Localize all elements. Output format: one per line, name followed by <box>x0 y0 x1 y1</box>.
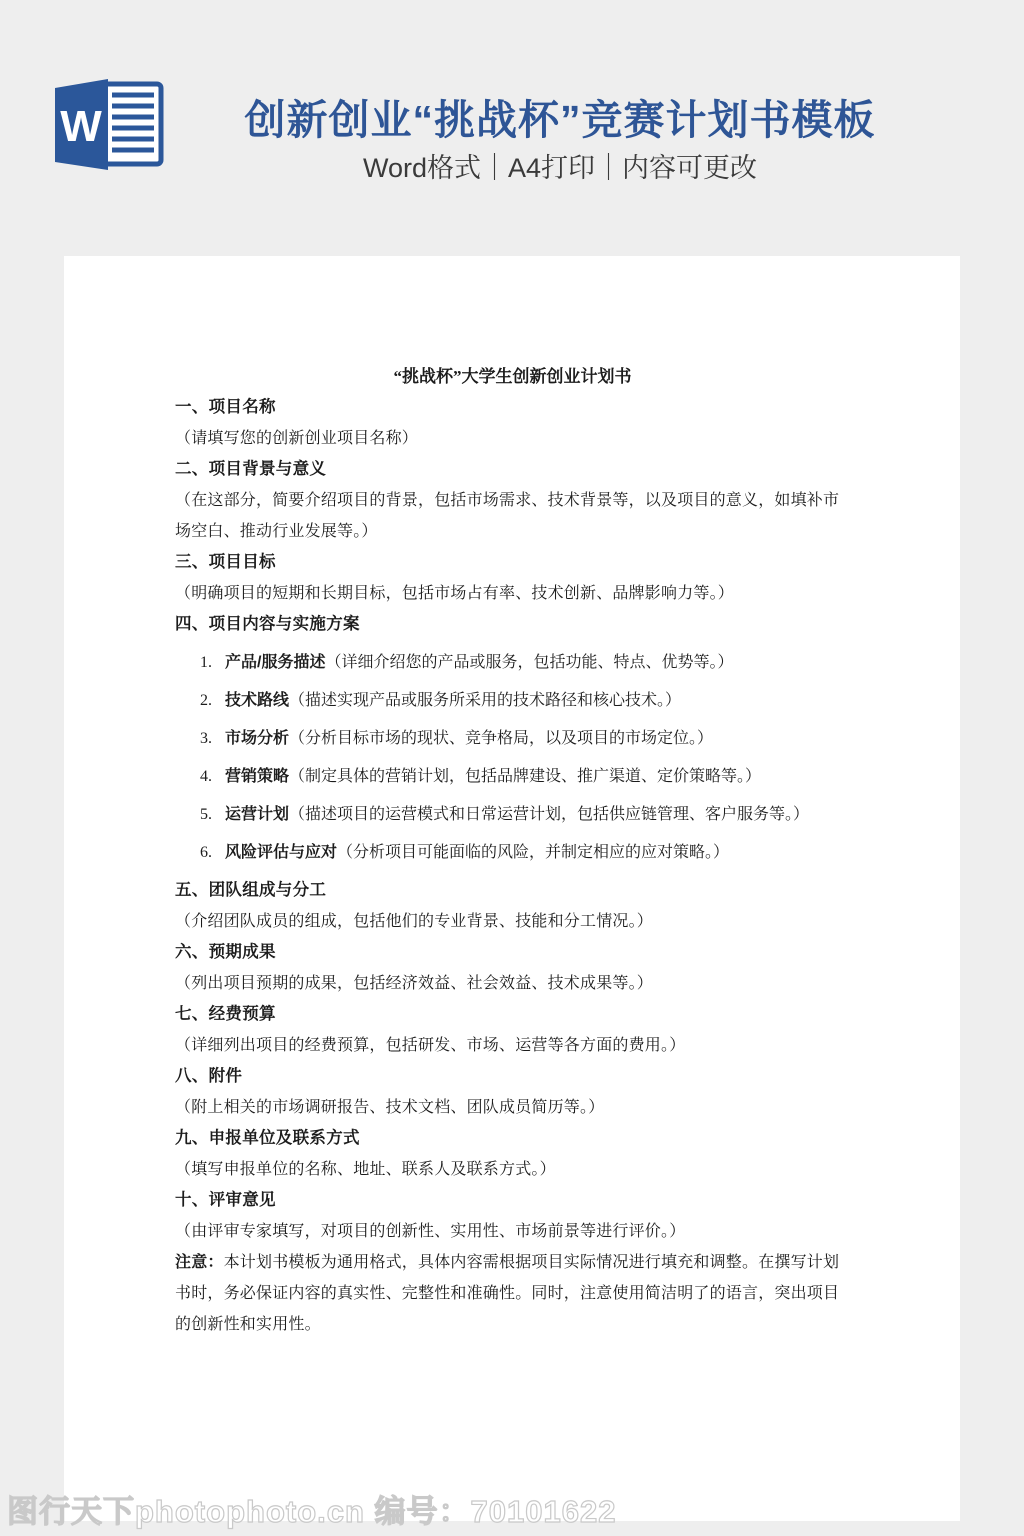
section-body: （在这部分，简要介绍项目的背景，包括市场需求、技术背景等，以及项目的意义，如填补… <box>175 485 850 547</box>
list-number: 3. <box>200 723 212 754</box>
list-number: 4. <box>200 761 212 792</box>
list-number: 5. <box>200 799 212 830</box>
section-heading: 二、项目背景与意义 <box>175 454 850 485</box>
list-label: 运营计划 <box>225 806 289 823</box>
header-titles: 创新创业“挑战杯”竞赛计划书模板 Word格式｜A4打印｜内容可更改 <box>96 92 1024 188</box>
list-number: 1. <box>200 647 212 678</box>
list-desc: （分析项目可能面临的风险，并制定相应的应对策略。） <box>337 844 729 861</box>
section-heading: 七、经费预算 <box>175 999 850 1030</box>
doc-section: 一、项目名称 （请填写您的创新创业项目名称） <box>175 392 850 454</box>
section-body: （由评审专家填写，对项目的创新性、实用性、市场前景等进行评价。） <box>175 1216 850 1247</box>
list-desc: （描述实现产品或服务所采用的技术路径和核心技术。） <box>289 692 681 709</box>
note-body: 本计划书模板为通用格式，具体内容需根据项目实际情况进行填充和调整。在撰写计划书时… <box>175 1254 839 1333</box>
list-item: 1.产品/服务描述（详细介绍您的产品或服务，包括功能、特点、优势等。） <box>175 647 850 678</box>
section-heading: 六、预期成果 <box>175 937 850 968</box>
list-number: 6. <box>200 837 212 868</box>
document-title: “挑战杯”大学生创新创业计划书 <box>175 361 850 392</box>
list-desc: （描述项目的运营模式和日常运营计划，包括供应链管理、客户服务等。） <box>289 806 809 823</box>
section-body: （请填写您的创新创业项目名称） <box>175 423 850 454</box>
document-page: “挑战杯”大学生创新创业计划书 一、项目名称 （请填写您的创新创业项目名称） 二… <box>64 256 960 1521</box>
numbered-list: 1.产品/服务描述（详细介绍您的产品或服务，包括功能、特点、优势等。） 2.技术… <box>175 647 850 868</box>
note-label: 注意： <box>175 1254 224 1271</box>
doc-section: 十、评审意见 （由评审专家填写，对项目的创新性、实用性、市场前景等进行评价。） <box>175 1185 850 1247</box>
document-content: “挑战杯”大学生创新创业计划书 一、项目名称 （请填写您的创新创业项目名称） 二… <box>64 256 960 1340</box>
doc-section: 三、项目目标 （明确项目的短期和长期目标，包括市场占有率、技术创新、品牌影响力等… <box>175 547 850 609</box>
page-title: 创新创业“挑战杯”竞赛计划书模板 <box>96 92 1024 148</box>
section-body: （介绍团队成员的组成，包括他们的专业背景、技能和分工情况。） <box>175 906 850 937</box>
list-number: 2. <box>200 685 212 716</box>
doc-section: 五、团队组成与分工 （介绍团队成员的组成，包括他们的专业背景、技能和分工情况。） <box>175 875 850 937</box>
list-item: 3.市场分析（分析目标市场的现状、竞争格局，以及项目的市场定位。） <box>175 723 850 754</box>
section-body: （明确项目的短期和长期目标，包括市场占有率、技术创新、品牌影响力等。） <box>175 578 850 609</box>
watermark: 图行天下photophoto.cn 编号：70101622 <box>7 1486 616 1531</box>
list-desc: （制定具体的营销计划，包括品牌建设、推广渠道、定价策略等。） <box>289 768 761 785</box>
page-subtitle: Word格式｜A4打印｜内容可更改 <box>96 148 1024 188</box>
list-item: 4.营销策略（制定具体的营销计划，包括品牌建设、推广渠道、定价策略等。） <box>175 761 850 792</box>
list-label: 产品/服务描述 <box>225 654 325 671</box>
doc-section: 四、项目内容与实施方案 1.产品/服务描述（详细介绍您的产品或服务，包括功能、特… <box>175 609 850 868</box>
section-heading: 五、团队组成与分工 <box>175 875 850 906</box>
list-item: 5.运营计划（描述项目的运营模式和日常运营计划，包括供应链管理、客户服务等。） <box>175 799 850 830</box>
header: W 创新创业“挑战杯”竞赛计划书模板 Word格式｜A4打印｜内容可更改 <box>0 0 1024 256</box>
list-label: 风险评估与应对 <box>225 844 337 861</box>
doc-section: 九、申报单位及联系方式 （填写申报单位的名称、地址、联系人及联系方式。） <box>175 1123 850 1185</box>
note-paragraph: 注意：本计划书模板为通用格式，具体内容需根据项目实际情况进行填充和调整。在撰写计… <box>175 1247 850 1340</box>
list-label: 营销策略 <box>225 768 289 785</box>
section-heading: 四、项目内容与实施方案 <box>175 609 850 640</box>
list-label: 市场分析 <box>225 730 289 747</box>
section-heading: 一、项目名称 <box>175 392 850 423</box>
doc-section: 六、预期成果 （列出项目预期的成果，包括经济效益、社会效益、技术成果等。） <box>175 937 850 999</box>
list-desc: （详细介绍您的产品或服务，包括功能、特点、优势等。） <box>325 654 733 671</box>
section-body: （详细列出项目的经费预算，包括研发、市场、运营等各方面的费用。） <box>175 1030 850 1061</box>
list-item: 2.技术路线（描述实现产品或服务所采用的技术路径和核心技术。） <box>175 685 850 716</box>
section-heading: 九、申报单位及联系方式 <box>175 1123 850 1154</box>
doc-section: 二、项目背景与意义 （在这部分，简要介绍项目的背景，包括市场需求、技术背景等，以… <box>175 454 850 547</box>
doc-section: 八、附件 （附上相关的市场调研报告、技术文档、团队成员简历等。） <box>175 1061 850 1123</box>
list-item: 6.风险评估与应对（分析项目可能面临的风险，并制定相应的应对策略。） <box>175 837 850 868</box>
section-heading: 三、项目目标 <box>175 547 850 578</box>
list-desc: （分析目标市场的现状、竞争格局，以及项目的市场定位。） <box>289 730 713 747</box>
page-background: { "header": { "title": "创新创业“挑战杯”竞赛计划书模板… <box>0 0 1024 1536</box>
section-body: （列出项目预期的成果，包括经济效益、社会效益、技术成果等。） <box>175 968 850 999</box>
section-heading: 十、评审意见 <box>175 1185 850 1216</box>
section-body: （附上相关的市场调研报告、技术文档、团队成员简历等。） <box>175 1092 850 1123</box>
list-label: 技术路线 <box>225 692 289 709</box>
doc-section: 七、经费预算 （详细列出项目的经费预算，包括研发、市场、运营等各方面的费用。） <box>175 999 850 1061</box>
section-body: （填写申报单位的名称、地址、联系人及联系方式。） <box>175 1154 850 1185</box>
section-heading: 八、附件 <box>175 1061 850 1092</box>
